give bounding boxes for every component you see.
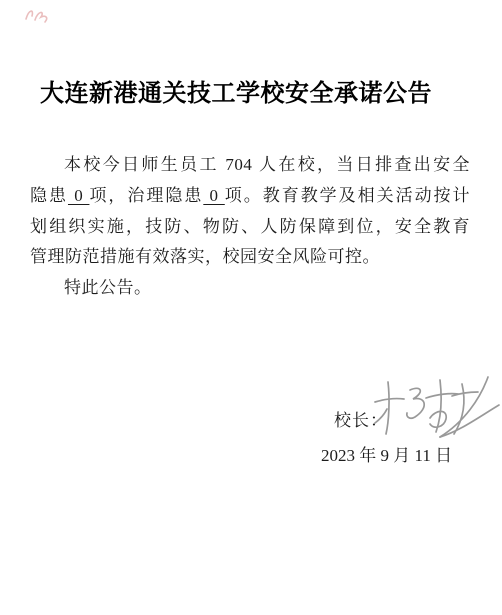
body-text: 本校今日师生员工 704 人在校，当日排查出安全	[64, 155, 470, 174]
red-pen-scribble-mark	[20, 2, 62, 28]
body-text: 隐患	[30, 186, 68, 205]
body-text: 项，治理隐患	[89, 186, 203, 205]
body-text: 特此公告。	[64, 278, 152, 297]
announcement-document-page: 大连新港通关技工学校安全承诺公告 本校今日师生员工 704 人在校，当日排查出安…	[0, 0, 502, 615]
body-paragraph: 本校今日师生员工 704 人在校，当日排查出安全 隐患 0 项，治理隐患 0 项…	[30, 150, 470, 304]
hazards-found-count: 0	[68, 186, 89, 205]
page-title: 大连新港通关技工学校安全承诺公告	[30, 78, 442, 110]
principal-handwritten-signature	[366, 369, 502, 445]
body-text: 划组织实施，技防、物防、人防保障到位，安全教育	[30, 217, 470, 236]
hazards-resolved-count: 0	[203, 186, 224, 205]
conclusion-line: 特此公告。	[30, 273, 470, 304]
paragraph-line-3: 划组织实施，技防、物防、人防保障到位，安全教育	[30, 212, 470, 243]
paragraph-line-4: 管理防范措施有效落实，校园安全风险可控。	[30, 242, 470, 273]
paragraph-line-2: 隐患 0 项，治理隐患 0 项。教育教学及相关活动按计	[30, 181, 470, 212]
body-text: 管理防范措施有效落实，校园安全风险可控。	[30, 247, 380, 266]
paragraph-line-1: 本校今日师生员工 704 人在校，当日排查出安全	[30, 150, 470, 181]
announcement-date: 2023 年 9 月 11 日	[321, 441, 461, 466]
body-text: 项。教育教学及相关活动按计	[225, 186, 470, 205]
